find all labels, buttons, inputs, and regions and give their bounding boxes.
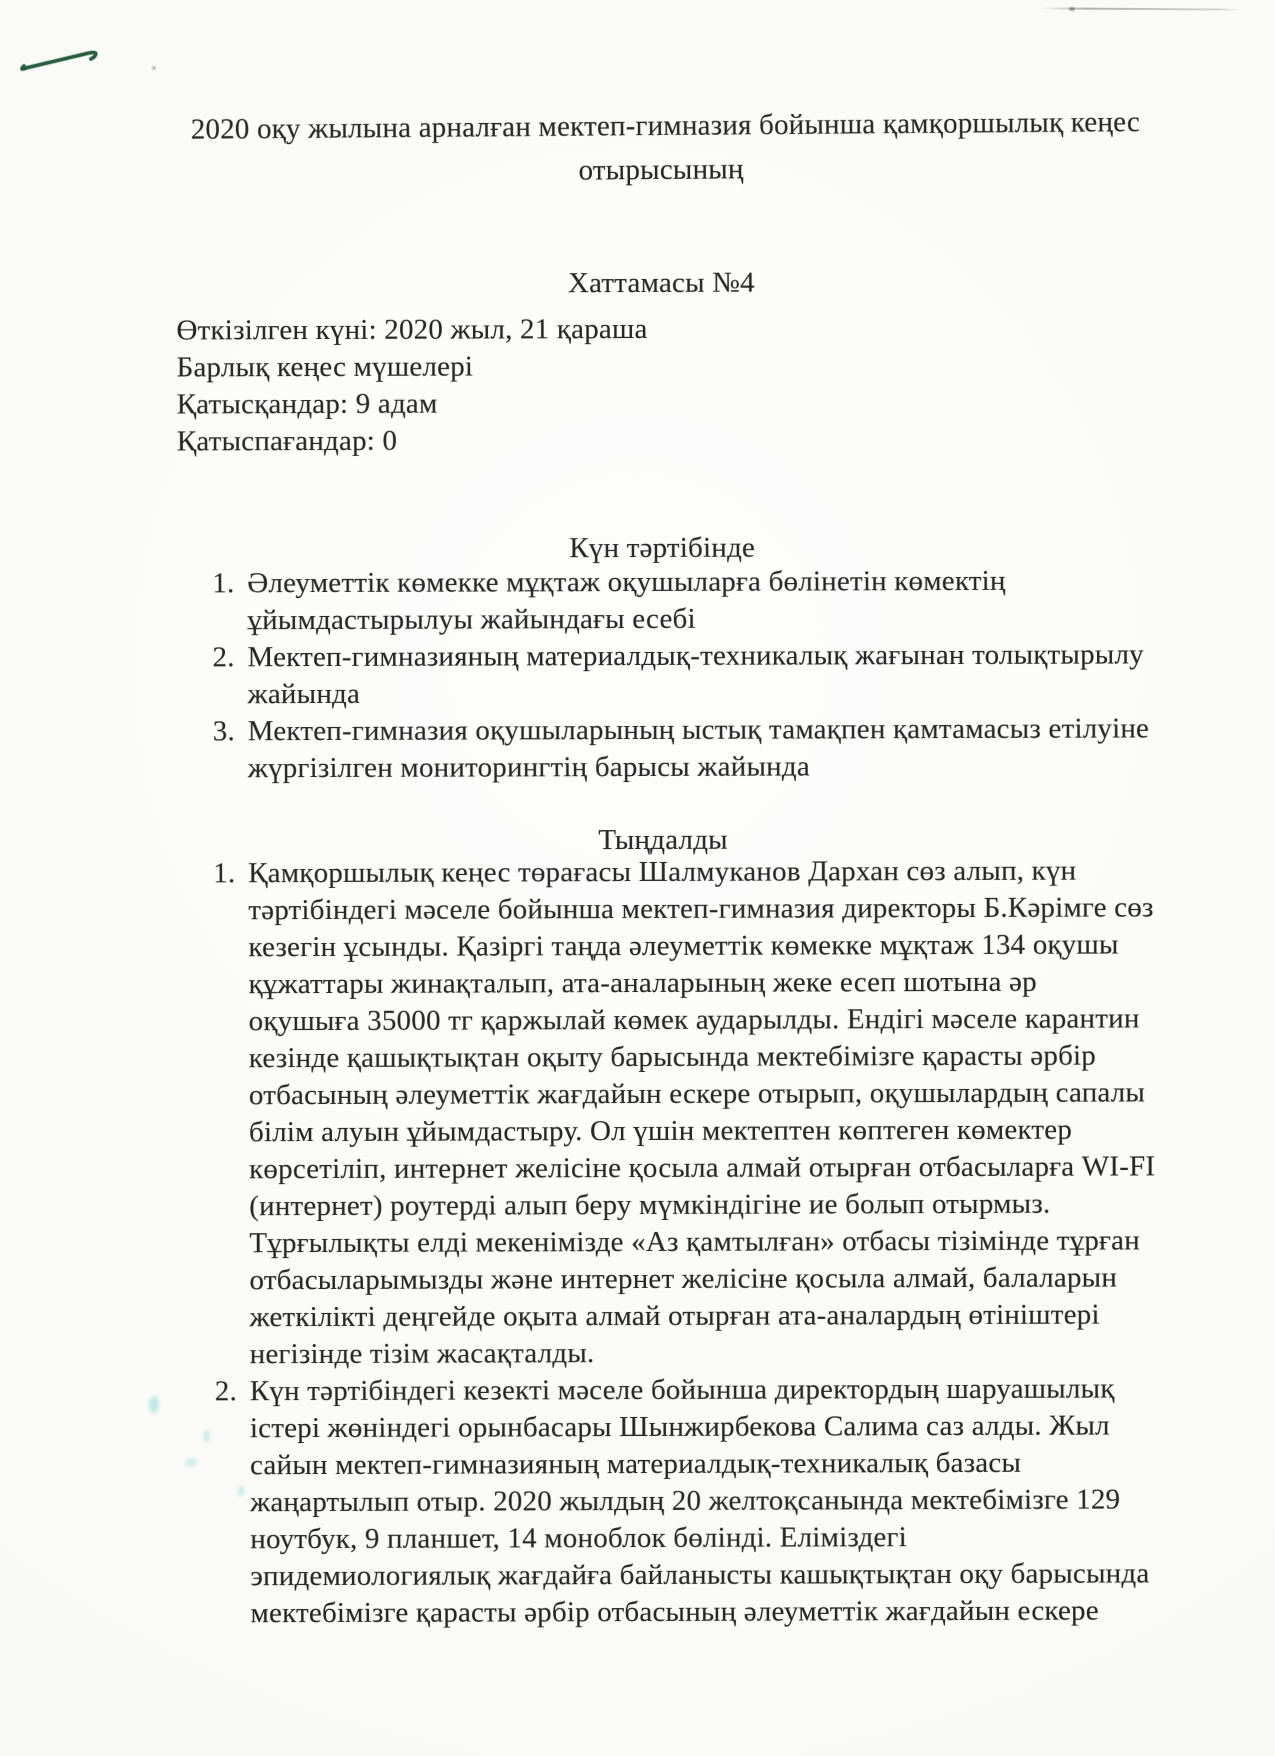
item-text: Мектеп-гимназия оқушыларының ыстық тамақ… [248, 710, 1223, 787]
meta-block: Өткізілген күні: 2020 жыл, 21 қараша Бар… [176, 309, 1273, 460]
item-text: Әлеуметтік көмекке мұқтаж оқушыларға бөл… [247, 562, 1222, 639]
heard-list: 1. Қамқоршылық кеңес төрағасы Шалмуканов… [213, 852, 1225, 1632]
agenda-item: 1. Әлеуметтік көмекке мұқтаж оқушыларға … [212, 562, 1222, 639]
document-title: 2020 оқу жылына арналған мектеп-гимназия… [191, 100, 1132, 196]
item-text: Күн тәртібіндегі кезекті мәселе бойынша … [250, 1370, 1226, 1632]
item-number: 1. [212, 565, 234, 602]
item-number: 2. [212, 639, 234, 676]
heard-item: 2. Күн тәртібіндегі кезекті мәселе бойын… [215, 1370, 1226, 1632]
document-content: 2020 оқу жылына арналған мектеп-гимназия… [0, 0, 1275, 1633]
agenda-list: 1. Әлеуметтік көмекке мұқтаж оқушыларға … [212, 562, 1223, 787]
item-text: Қамқоршылық кеңес төрағасы Шалмуканов Да… [248, 852, 1225, 1373]
agenda-item: 3. Мектеп-гимназия оқушыларының ыстық та… [213, 710, 1223, 787]
protocol-heading: Хаттамасы №4 [191, 263, 1131, 303]
item-number: 1. [213, 855, 235, 892]
item-text: Мектеп-гимназияның материалдық-техникалы… [247, 636, 1222, 713]
heard-item: 1. Қамқоршылық кеңес төрағасы Шалмуканов… [213, 852, 1225, 1373]
item-number: 2. [215, 1373, 237, 1410]
agenda-item: 2. Мектеп-гимназияның материалдық-техник… [212, 636, 1222, 713]
item-number: 3. [213, 713, 235, 750]
